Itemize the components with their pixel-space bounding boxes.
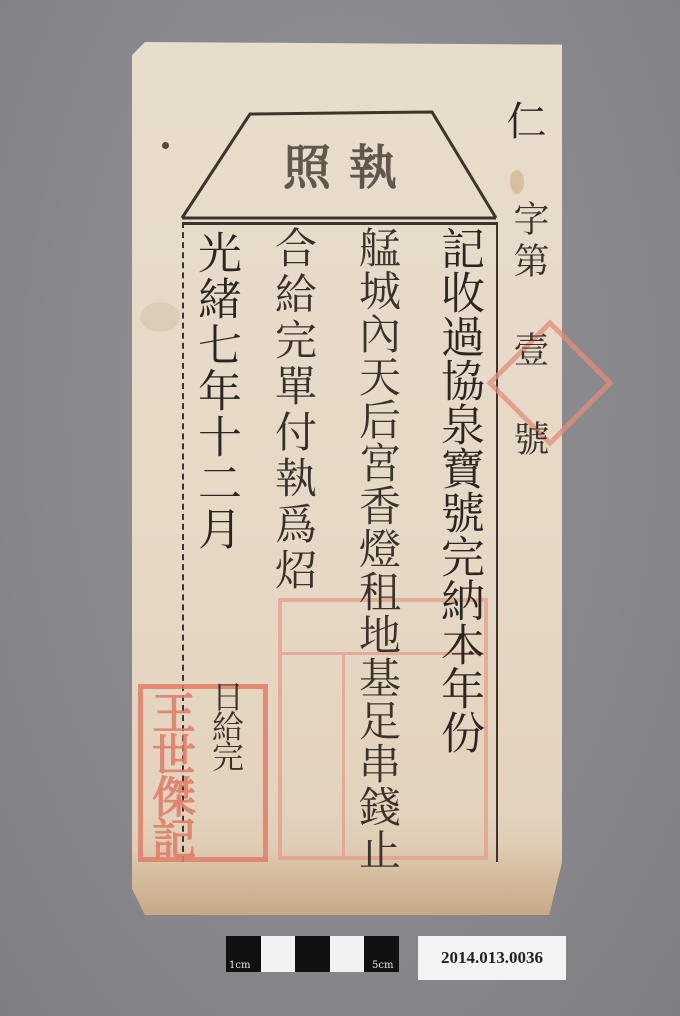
water-stain xyxy=(140,302,180,332)
accession-number-label: 2014.013.0036 xyxy=(418,936,566,980)
document-title: 執 照 xyxy=(240,128,440,198)
scale-segment xyxy=(261,936,296,972)
scale-label-end: 5cm xyxy=(372,960,393,971)
title-char: 照 xyxy=(283,129,331,198)
serial-number: 字第 壹 號 xyxy=(508,200,548,462)
text-column-1: 記收過協泉寶號完納本年份 xyxy=(432,226,484,754)
scale-label-start: 1cm xyxy=(229,960,250,971)
issue-note: 日給完 xyxy=(206,680,246,770)
text-column-2: 艋城內天后宮香燈租地基足串錢止 xyxy=(352,226,402,871)
serial-column: 仁 xyxy=(500,100,546,142)
serial-mark: 仁 xyxy=(500,100,546,142)
ink-spot xyxy=(162,142,169,149)
date-column: 光緒七年十二月 xyxy=(190,230,240,552)
scale-segment xyxy=(330,936,365,972)
water-stain xyxy=(510,170,524,194)
title-char: 執 xyxy=(349,129,397,198)
text-column-3: 合給完單付執爲炤 xyxy=(268,226,318,594)
merchant-seal-text: 王世傑記 xyxy=(146,690,192,858)
scale-segment xyxy=(295,936,330,972)
